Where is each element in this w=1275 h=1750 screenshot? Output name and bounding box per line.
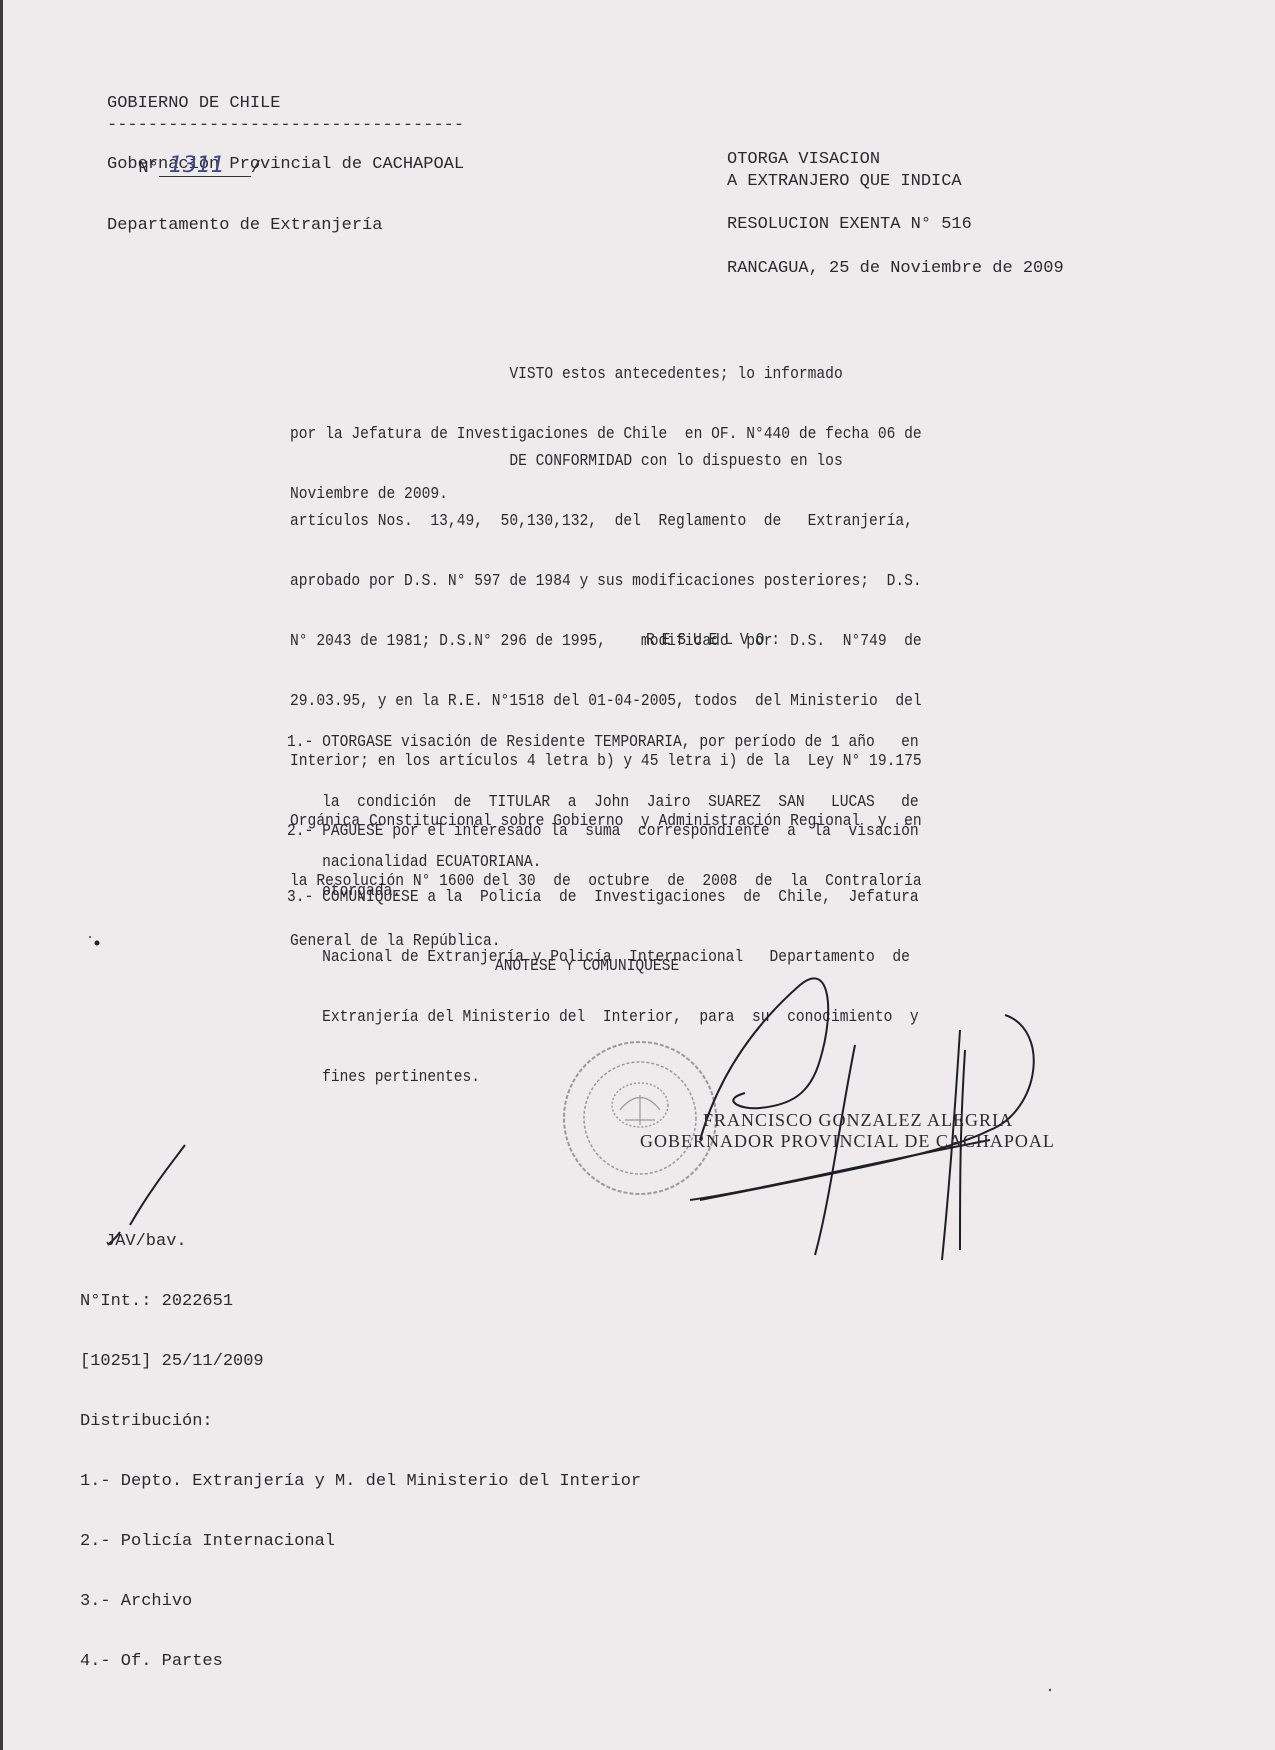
internal-number: N°Int.: 2022651: [80, 1292, 641, 1312]
distribution-item: 3.- Archivo: [80, 1592, 641, 1612]
signatory-title: GOBERNADOR PROVINCIAL DE CACHAPOAL: [640, 1131, 1055, 1151]
distribution-footer: JAV/bav. N°Int.: 2022651 [10251] 25/11/2…: [80, 1192, 641, 1692]
official-stamp-icon: [564, 1042, 716, 1194]
distribution-item: 1.- Depto. Extranjería y M. del Minister…: [80, 1472, 641, 1492]
ink-dot: [89, 936, 91, 938]
ink-dot: [95, 941, 100, 946]
distribution-item: 4.- Of. Partes: [80, 1652, 641, 1672]
distribution-label: Distribución:: [80, 1412, 641, 1432]
reference-date: [10251] 25/11/2009: [80, 1352, 641, 1372]
ink-dot: [1049, 1689, 1051, 1691]
signatory-name: FRANCISCO GONZALEZ ALEGRIA: [703, 1110, 1013, 1130]
distribution-item: 2.- Policía Internacional: [80, 1532, 641, 1552]
initials: JAV/bav.: [80, 1232, 641, 1252]
